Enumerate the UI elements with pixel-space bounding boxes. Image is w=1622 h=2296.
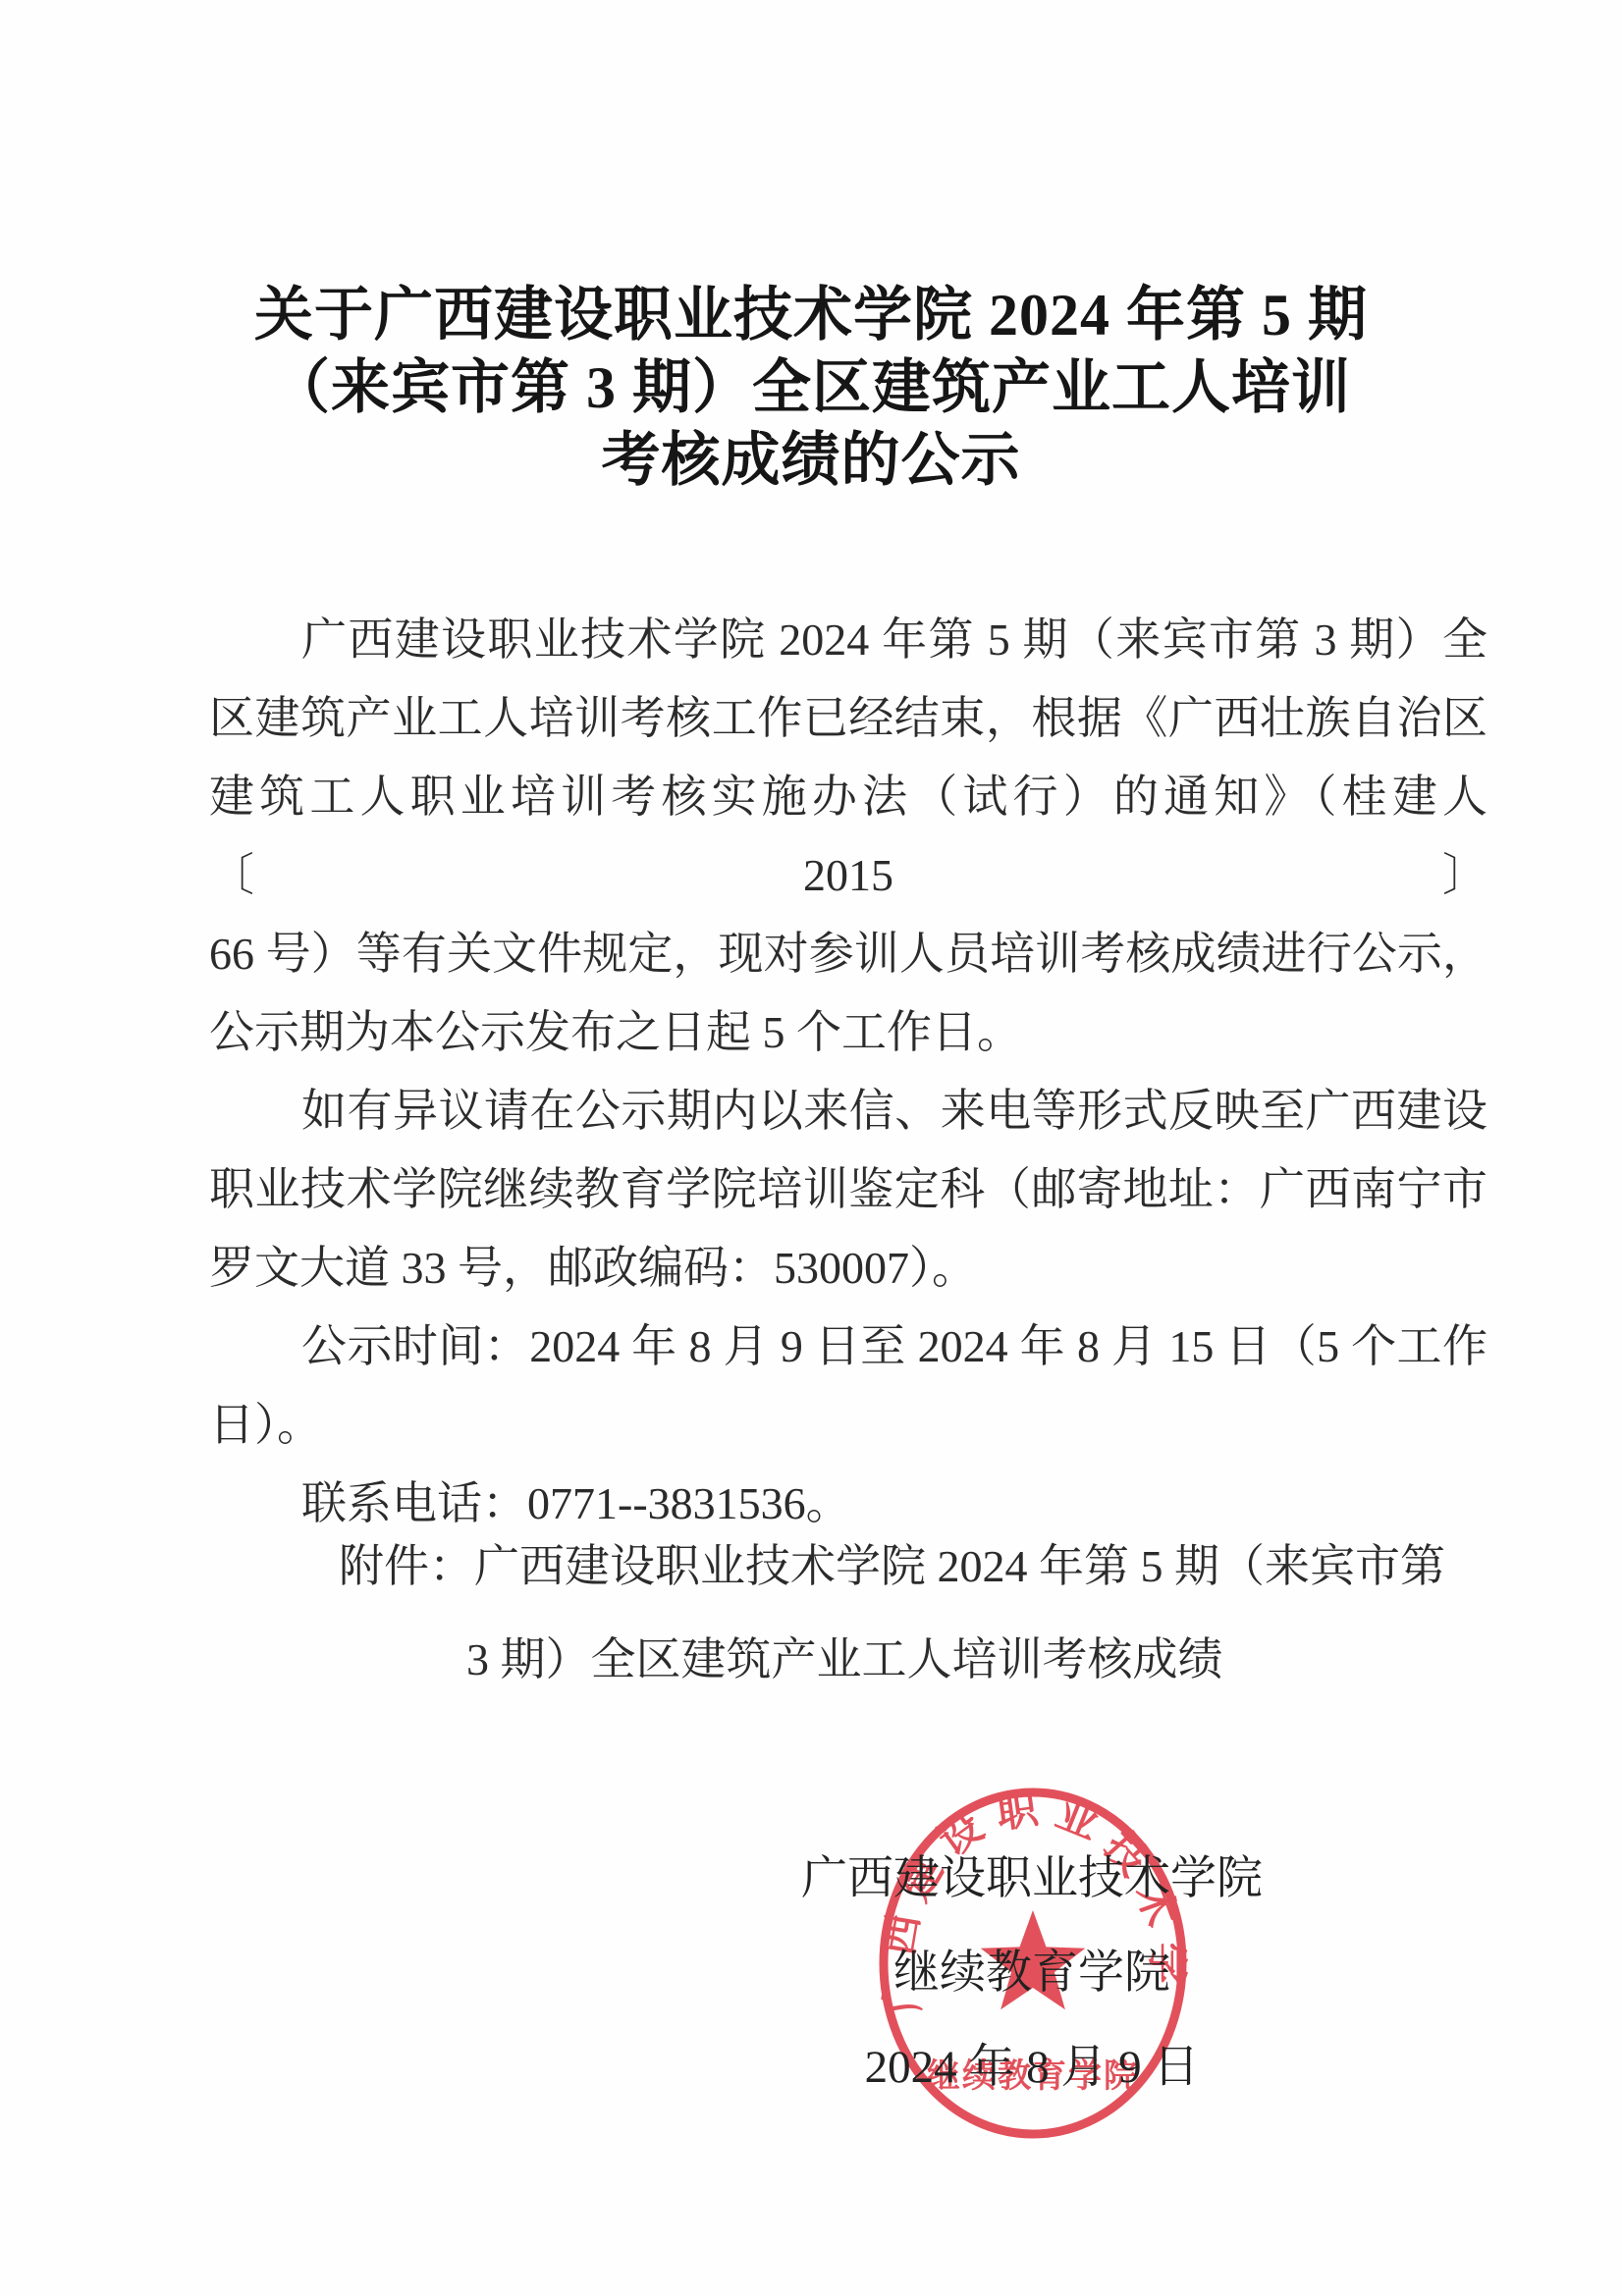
signature-block: 广西建设职业技术学院继续教育学院2024 年 8 月 9 日 — [699, 1832, 1365, 2114]
signature-line: 2024 年 8 月 9 日 — [699, 2020, 1365, 2114]
body-line: 广西建设职业技术学院 2024 年第 5 期（来宾市第 3 期）全 — [209, 601, 1487, 679]
body-line: 公示时间：2024 年 8 月 9 日至 2024 年 8 月 15 日（5 个… — [209, 1308, 1487, 1386]
paragraph-2: 如有异议请在公示期内以来信、来电等形式反映至广西建设职业技术学院继续教育学院培训… — [209, 1072, 1487, 1308]
body-line: 如有异议请在公示期内以来信、来电等形式反映至广西建设 — [209, 1072, 1487, 1150]
body-line: 公示期为本公示发布之日起 5 个工作日。 — [209, 993, 1487, 1072]
signature-line: 广西建设职业技术学院 — [699, 1832, 1365, 1926]
body-line: 建筑工人职业培训考核实施办法（试行）的通知》（桂建人〔2015〕 — [209, 758, 1487, 915]
signature-line: 继续教育学院 — [699, 1926, 1365, 2020]
attachment-block: 附件：广西建设职业技术学院 2024 年第 5 期（来宾市第3 期）全区建筑产业… — [209, 1520, 1487, 1706]
body-line: 66 号）等有关文件规定，现对参训人员培训考核成绩进行公示， — [209, 915, 1487, 993]
document-page: 关于广西建设职业技术学院 2024 年第 5 期（来宾市第 3 期）全区建筑产业… — [0, 0, 1622, 2296]
attachment-line: 附件：广西建设职业技术学院 2024 年第 5 期（来宾市第 — [209, 1520, 1487, 1613]
document-body: 广西建设职业技术学院 2024 年第 5 期（来宾市第 3 期）全区建筑产业工人… — [209, 601, 1487, 1543]
title-line: （来宾市第 3 期）全区建筑产业工人培训 — [0, 351, 1622, 424]
document-title: 关于广西建设职业技术学院 2024 年第 5 期（来宾市第 3 期）全区建筑产业… — [0, 279, 1622, 497]
body-line: 罗文大道 33 号，邮政编码：530007）。 — [209, 1229, 1487, 1308]
body-line: 区建筑产业工人培训考核工作已经结束，根据《广西壮族自治区 — [209, 679, 1487, 758]
title-line: 考核成绩的公示 — [0, 424, 1622, 497]
paragraph-3: 公示时间：2024 年 8 月 9 日至 2024 年 8 月 15 日（5 个… — [209, 1308, 1487, 1465]
body-line: 日）。 — [209, 1386, 1487, 1465]
paragraph-1: 广西建设职业技术学院 2024 年第 5 期（来宾市第 3 期）全区建筑产业工人… — [209, 601, 1487, 1072]
attachment-line: 3 期）全区建筑产业工人培训考核成绩 — [209, 1613, 1487, 1706]
body-line: 职业技术学院继续教育学院培训鉴定科（邮寄地址：广西南宁市 — [209, 1150, 1487, 1229]
title-line: 关于广西建设职业技术学院 2024 年第 5 期 — [0, 279, 1622, 351]
